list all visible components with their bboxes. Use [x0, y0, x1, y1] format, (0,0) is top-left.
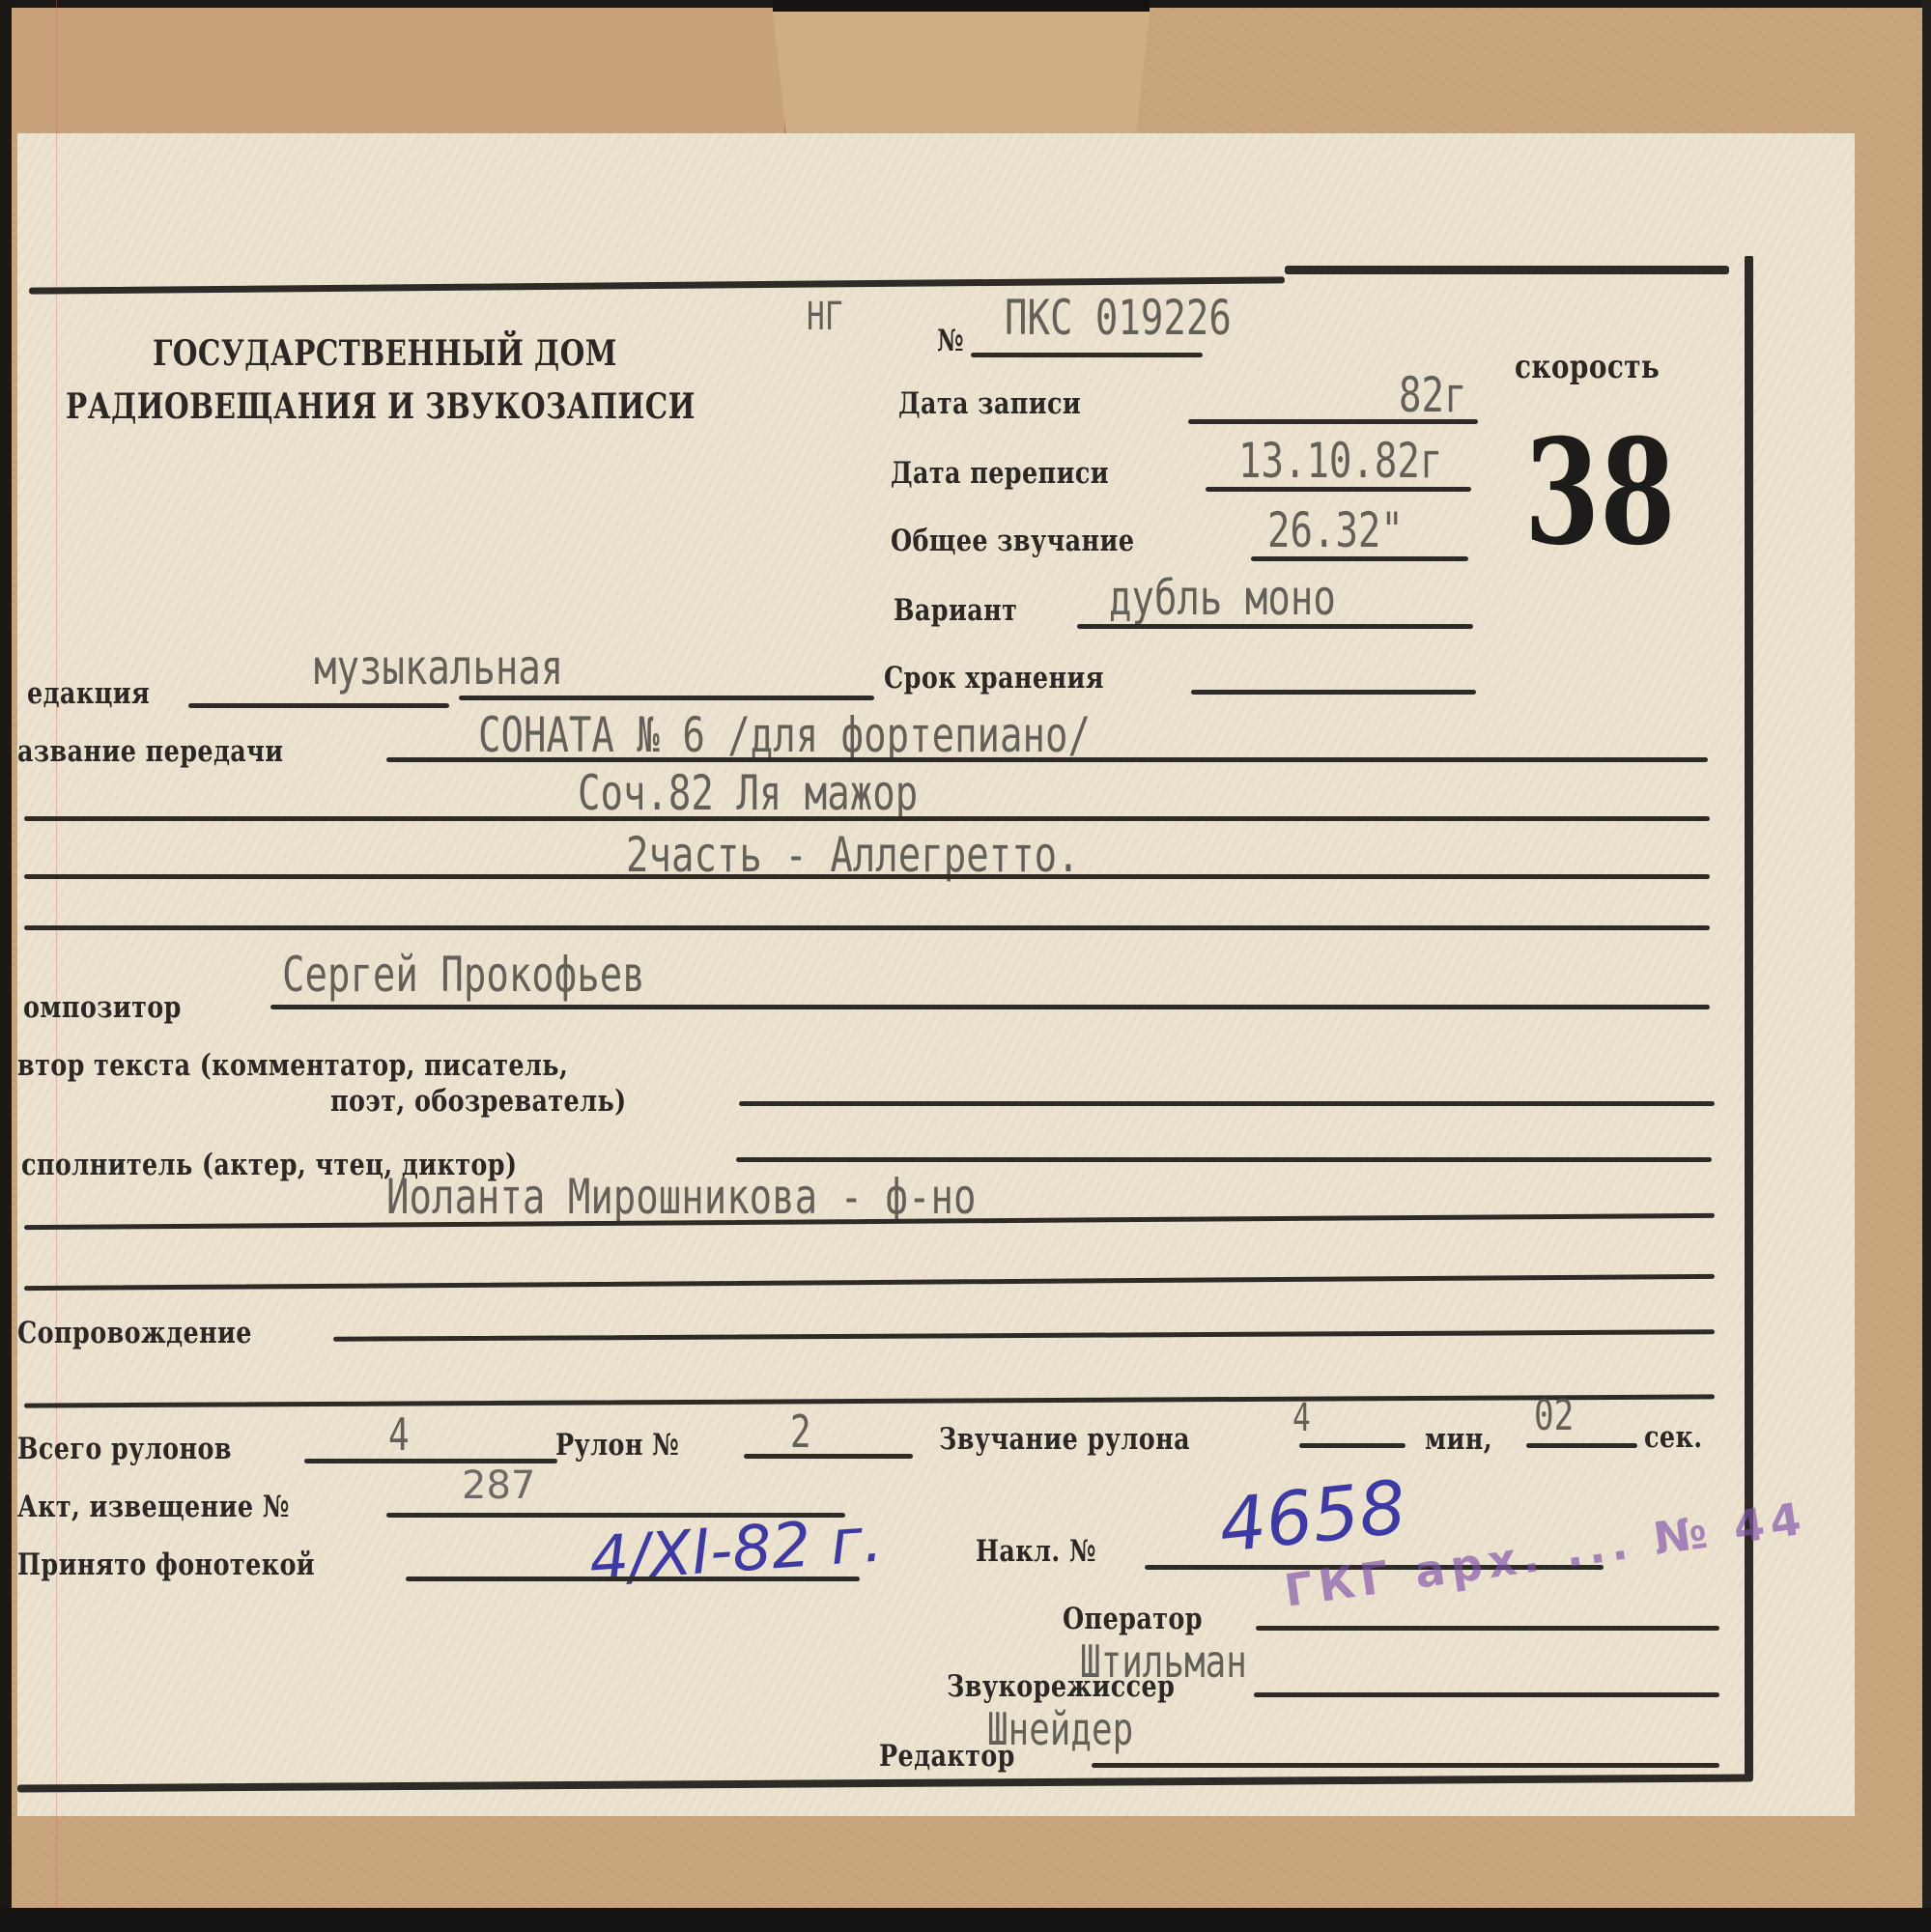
program-title-label: азвание передачи [17, 734, 283, 769]
reel-sec-label: сек. [1644, 1420, 1703, 1455]
catalog-number-line [971, 353, 1203, 357]
org-name-line2: РАДИОВЕЩАНИЯ И ЗВУКОЗАПИСИ [66, 386, 696, 427]
reel-duration-seconds: 02 [1534, 1391, 1574, 1440]
editor-label: Редактор [879, 1739, 1015, 1774]
accepted-label: Принято фонотекой [17, 1548, 315, 1582]
recording-date-label: Дата записи [898, 386, 1081, 421]
performer-value: Иоланта Мирошникова - ф-но [386, 1169, 976, 1225]
act-notice-label: Акт, извещение № [17, 1490, 290, 1524]
program-title-line1-rule [386, 757, 1708, 762]
recording-date-value: 82г [1399, 367, 1466, 423]
operator-label: Оператор [1063, 1602, 1203, 1636]
text-author-label-2: поэт, обозреватель) [330, 1084, 627, 1119]
reel-number-line [744, 1454, 913, 1459]
reel-seconds-line [1526, 1443, 1637, 1448]
act-notice-value: 287 [462, 1463, 535, 1508]
accepted-line [406, 1577, 860, 1581]
prefix-code: НГ [807, 295, 843, 339]
recording-date-line [1188, 419, 1478, 424]
reel-minutes-line [1299, 1443, 1406, 1448]
program-title-line1: СОНАТА № 6 /для фортепиано/ [478, 707, 1091, 763]
scan-border-right [1922, 0, 1931, 1932]
editor-line [1092, 1763, 1719, 1768]
total-duration-label: Общее звучание [891, 524, 1134, 558]
envelope-flap [12, 8, 786, 135]
copy-date-line [1206, 487, 1471, 492]
text-author-line [739, 1101, 1715, 1106]
title-top-line [459, 696, 874, 700]
composer-value: Сергей Прокофьев [282, 947, 645, 1003]
speed-value: 38 [1524, 420, 1676, 565]
scan-border-top [773, 0, 1150, 12]
editorial-line [188, 703, 449, 708]
org-name-line1: ГОСУДАРСТВЕННЫЙ ДОМ [153, 333, 617, 374]
reel-duration-minutes: 4 [1292, 1396, 1311, 1440]
variant-value: дубль моно [1109, 570, 1336, 626]
total-reels-label: Всего рулонов [17, 1432, 232, 1466]
total-duration-line [1251, 556, 1468, 561]
copy-date-label: Дата переписи [891, 456, 1109, 491]
copy-date-value: 13.10.82г [1238, 433, 1442, 489]
reel-duration-label: Звучание рулона [939, 1422, 1190, 1457]
total-reels-value: 4 [388, 1408, 410, 1461]
storage-term-line [1191, 690, 1476, 695]
speed-label: скорость [1515, 348, 1660, 386]
scan-border-left [0, 0, 12, 1932]
editorial-value: музыкальная [314, 639, 563, 696]
program-title-line3-rule [24, 874, 1710, 879]
reel-number-value: 2 [790, 1406, 811, 1458]
operator-line [1256, 1626, 1719, 1631]
sound-engineer-line [1254, 1692, 1719, 1697]
composer-label: омпозитор [23, 990, 182, 1025]
editorial-label: едакция [27, 676, 150, 711]
program-title-line2-rule [24, 816, 1710, 821]
total-duration-value: 26.32" [1267, 502, 1404, 558]
variant-line [1077, 624, 1473, 629]
variant-label: Вариант [894, 593, 1017, 628]
program-title-line4-rule [24, 925, 1710, 930]
storage-term-label: Срок хранения [884, 661, 1104, 696]
accompaniment-label: Сопровождение [17, 1316, 252, 1350]
reel-min-label: мин, [1425, 1422, 1492, 1457]
catalog-number: ПКС 019226 [1005, 290, 1232, 346]
invoice-label: Накл. № [976, 1534, 1096, 1569]
reel-number-label: Рулон № [555, 1428, 679, 1463]
number-label: № [937, 324, 964, 358]
performer-line-1 [736, 1157, 1712, 1162]
frame-top-rule-right [1285, 266, 1729, 274]
text-author-label-1: втор текста (комментатор, писатель, [17, 1048, 568, 1083]
scan-border-bottom [0, 1908, 1931, 1932]
program-title-line2: Соч.82 Ля мажор [578, 765, 918, 821]
composer-line [270, 1005, 1710, 1009]
sound-engineer-label: Звукорежиссер [947, 1669, 1175, 1704]
